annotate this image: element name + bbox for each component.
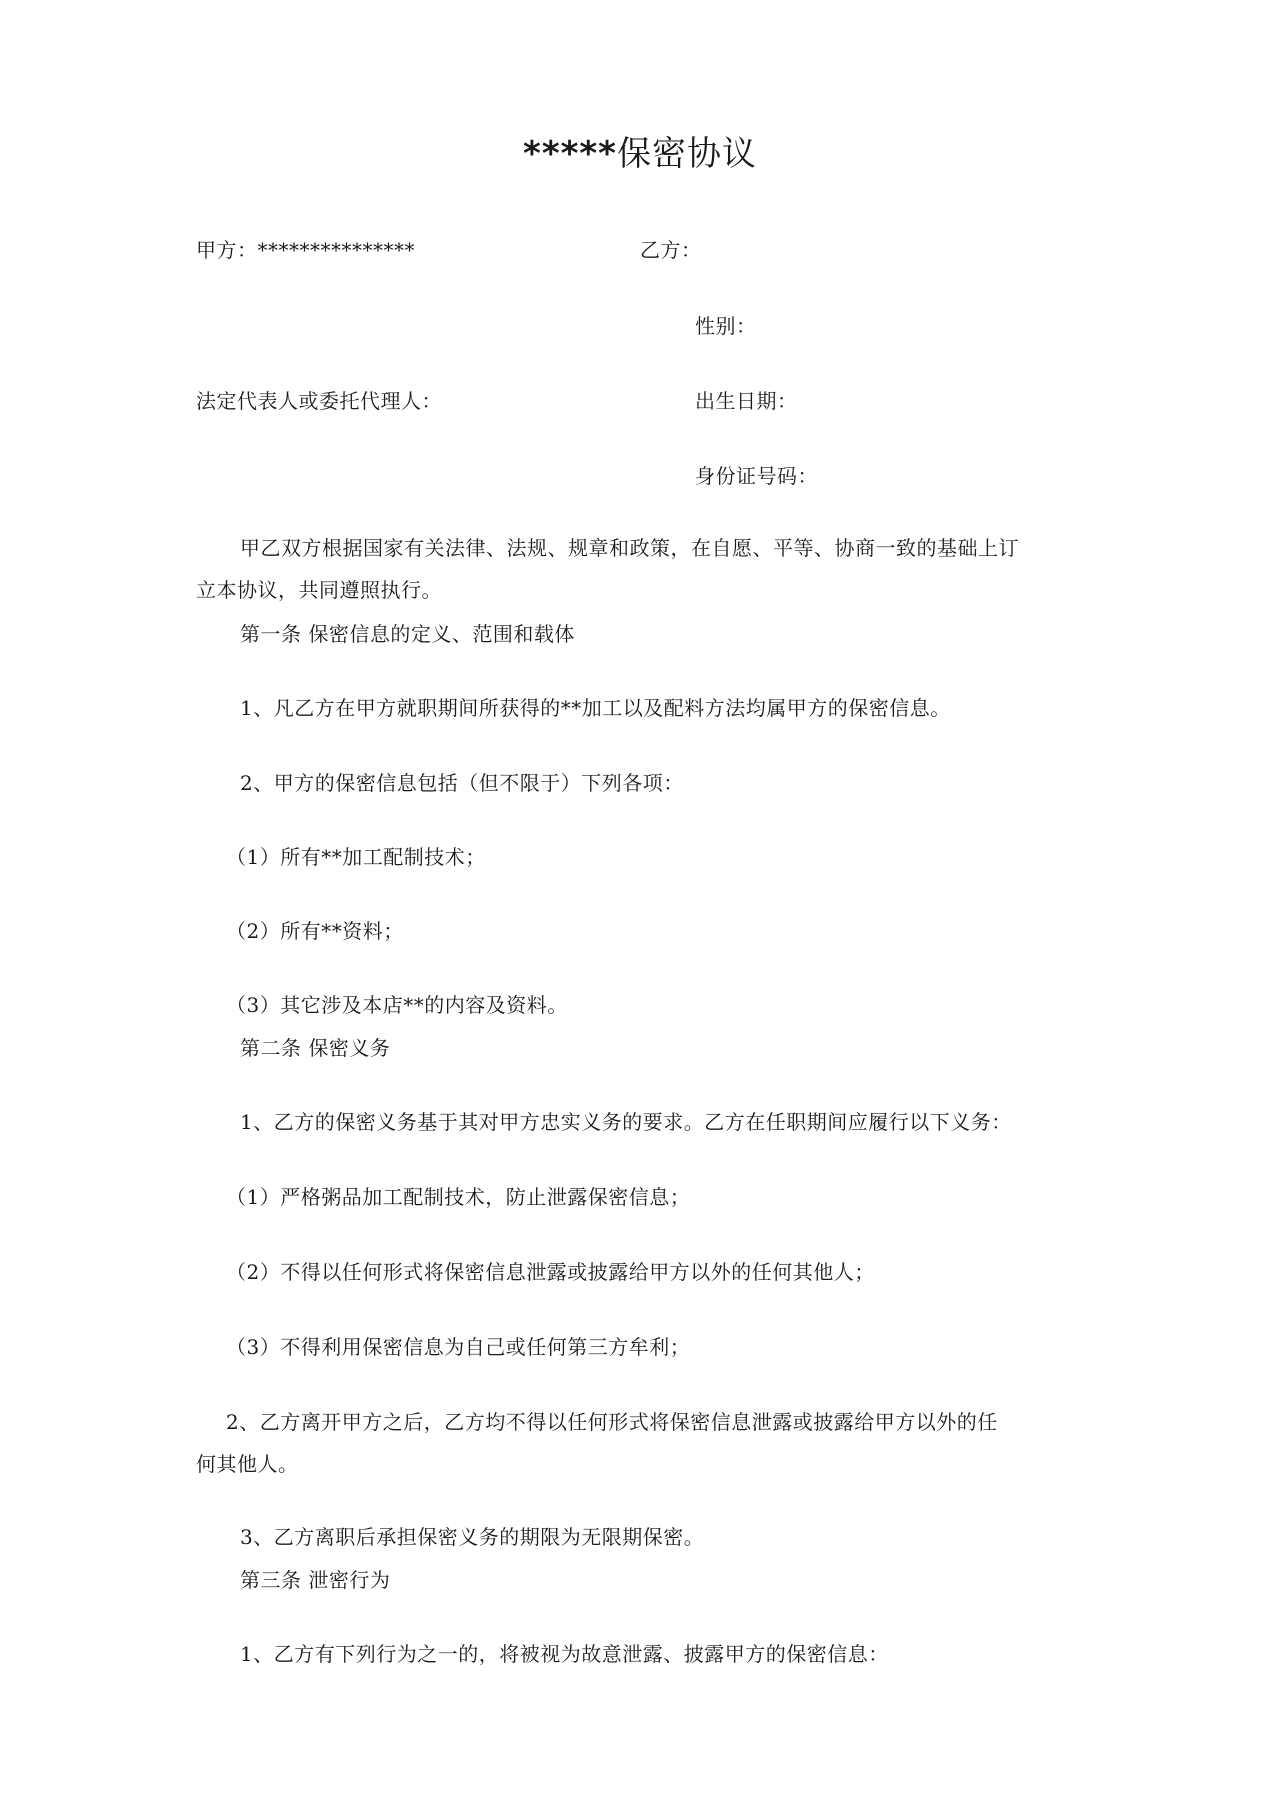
article-3-heading: 第三条 泄密行为 [240, 1566, 390, 1594]
birth-date-label: 出生日期： [695, 387, 798, 415]
gender-label: 性别： [695, 312, 757, 340]
article-2-item-3: 3、乙方离职后承担保密义务的期限为无限期保密。 [240, 1523, 704, 1551]
id-number-label: 身份证号码： [695, 462, 818, 490]
article-1-item: 1、凡乙方在甲方就职期间所获得的**加工以及配料方法均属甲方的保密信息。 [240, 694, 951, 722]
article-2-subitem: （3）不得利用保密信息为自己或任何第三方牟利； [226, 1333, 690, 1361]
article-2-item-2-line-1: 2、乙方离开甲方之后，乙方均不得以任何形式将保密信息泄露或披露给甲方以外的任 [226, 1408, 998, 1436]
party-a-label: 甲方： [196, 238, 258, 262]
article-2-subitem: （1）严格粥品加工配制技术，防止泄露保密信息； [226, 1183, 690, 1211]
party-b-label: 乙方： [640, 236, 702, 264]
party-a-value: *************** [258, 238, 416, 262]
article-1-subitem: （3）其它涉及本店**的内容及资料。 [226, 991, 568, 1019]
legal-rep-label: 法定代表人或委托代理人： [196, 387, 442, 415]
title-main: 保密协议 [617, 134, 757, 174]
document-title: *****保密协议 [0, 132, 1280, 176]
document-page: *****保密协议 甲方：*************** 乙方： 性别： 法定代… [0, 0, 1280, 1810]
party-a-line: 甲方：*************** [196, 236, 415, 264]
preamble-line-2: 立本协议，共同遵照执行。 [196, 576, 442, 604]
article-1-subitem: （1）所有**加工配制技术； [226, 843, 486, 871]
article-3-item: 1、乙方有下列行为之一的，将被视为故意泄露、披露甲方的保密信息： [240, 1640, 889, 1668]
article-2-item-2-line-2: 何其他人。 [196, 1450, 299, 1478]
article-2-subitem: （2）不得以任何形式将保密信息泄露或披露给甲方以外的任何其他人； [226, 1258, 875, 1286]
article-2-item: 1、乙方的保密义务基于其对甲方忠实义务的要求。乙方在任职期间应履行以下义务： [240, 1108, 1012, 1136]
article-1-subitem: （2）所有**资料； [226, 917, 404, 945]
article-2-heading: 第二条 保密义务 [240, 1034, 390, 1062]
article-1-item: 2、甲方的保密信息包括（但不限于）下列各项： [240, 769, 684, 797]
title-prefix: ***** [523, 134, 617, 174]
article-1-heading: 第一条 保密信息的定义、范围和载体 [240, 620, 575, 648]
preamble-line-1: 甲乙双方根据国家有关法律、法规、规章和政策，在自愿、平等、协商一致的基础上订 [240, 534, 1019, 562]
